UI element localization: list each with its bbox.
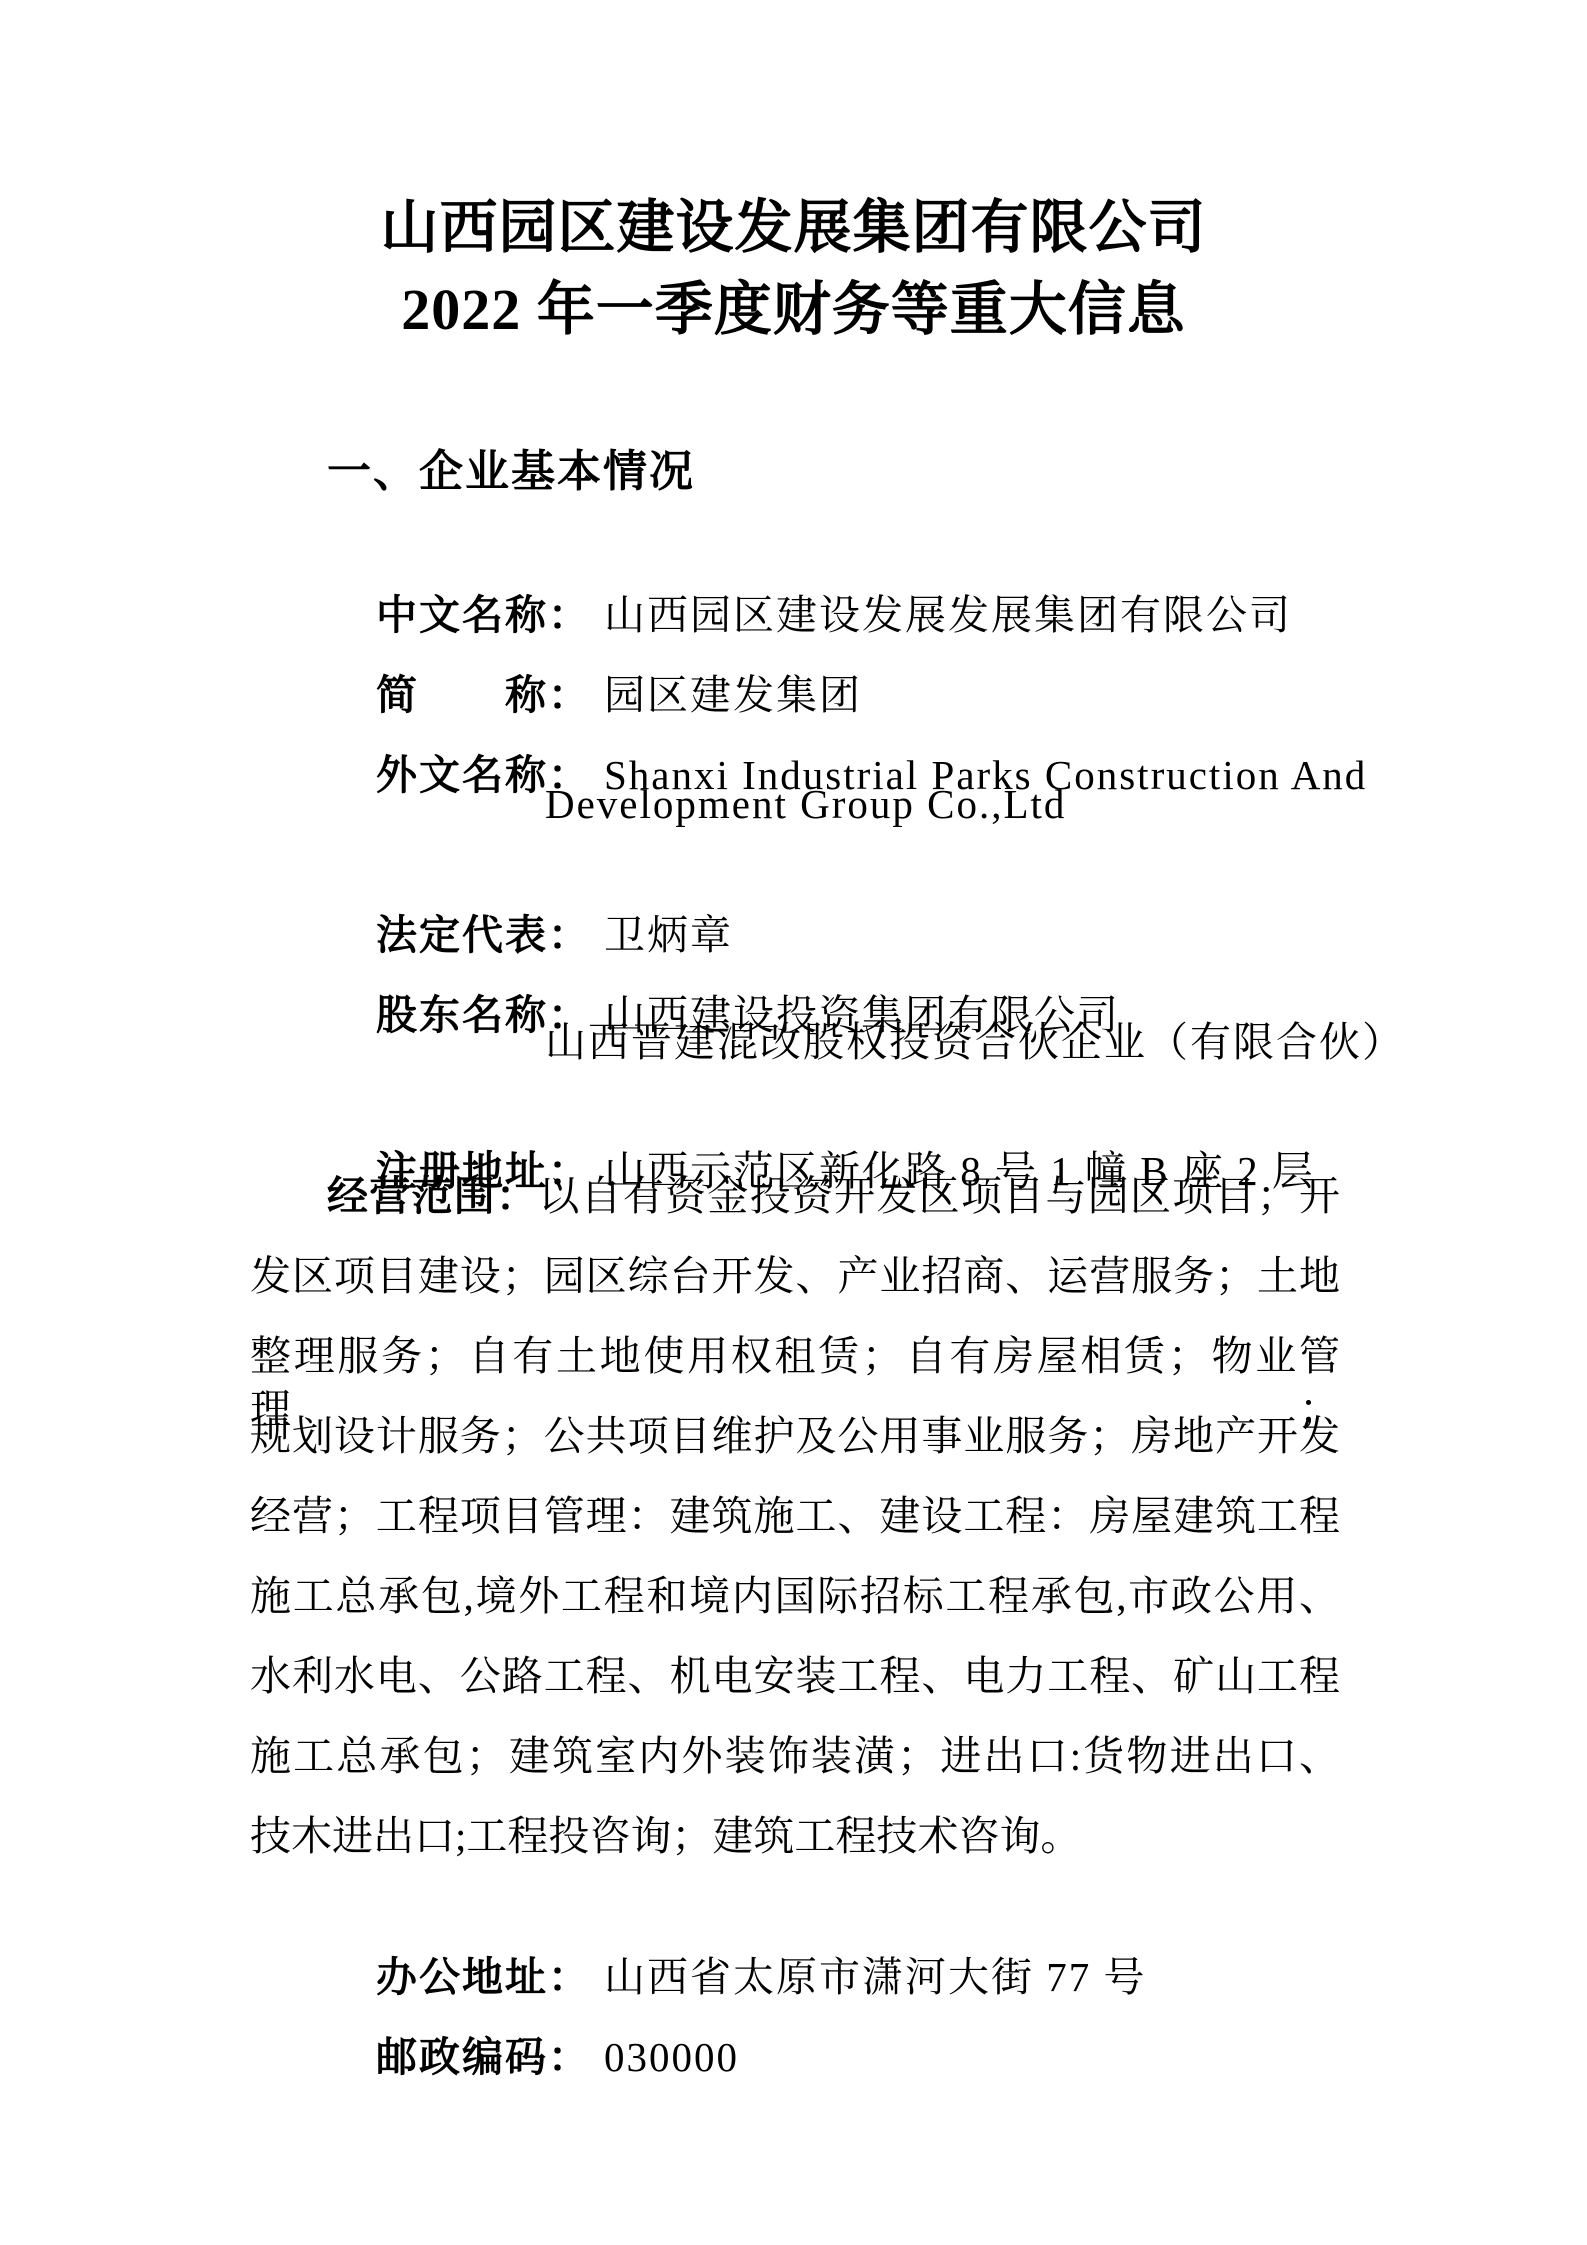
field-postal-code-value: 030000 [604, 2034, 739, 2080]
business-scope-line: 水利水电、公路工程、机电安装工程、电力工程、矿山工程 [250, 1650, 1340, 1703]
field-shareholders-continuation: 山西晋建混改股权投资合伙企业（有限合伙） [545, 1016, 1405, 1069]
field-postal-code-label: 邮政编码： [376, 2034, 591, 2080]
field-business-scope-text: 以自有资金投资开发区项目与园区项目；开 [538, 1173, 1340, 1219]
business-scope-line: 规划设计服务；公共项目维护及公用事业服务；房地产开发 [250, 1410, 1340, 1463]
section-heading-basic-info: 一、企业基本情况 [327, 448, 695, 496]
business-scope-line: 经营；工程项目管理：建筑施工、建设工程：房屋建筑工程 [250, 1490, 1340, 1543]
document-page: 山西园区建设发展集团有限公司 2022 年一季度财务等重大信息 一、企业基本情况… [0, 0, 1587, 2245]
field-foreign-name: 外文名称：Shanxi Industrial Parks Constructio… [327, 696, 1367, 856]
field-foreign-name-continuation: Development Group Co.,Ltd [545, 778, 1066, 831]
field-postal-code: 邮政编码：030000 [327, 1978, 739, 2138]
business-scope-line-last: 技木进出口;工程投咨询；建筑工程技术咨询。 [250, 1810, 1340, 1863]
business-scope-line: 发区项目建设；园区综台开发、产业招商、运营服务；土地 [250, 1250, 1340, 1303]
business-scope-line: 施工总承包；建筑室内外装饰装潢；进出口:货物进出口、 [250, 1730, 1340, 1783]
document-title-line2: 2022 年一季度财务等重大信息 [0, 278, 1587, 342]
business-scope-line: 施工总承包,境外工程和境内国际招标工程承包,市政公用、 [250, 1570, 1340, 1623]
field-business-scope-label: 经营范围： [327, 1173, 538, 1219]
document-title-line1: 山西园区建设发展集团有限公司 [0, 196, 1587, 260]
field-business-scope-line1: 经营范围：以自有资金投资开发区项目与园区项目；开 [327, 1170, 1340, 1223]
